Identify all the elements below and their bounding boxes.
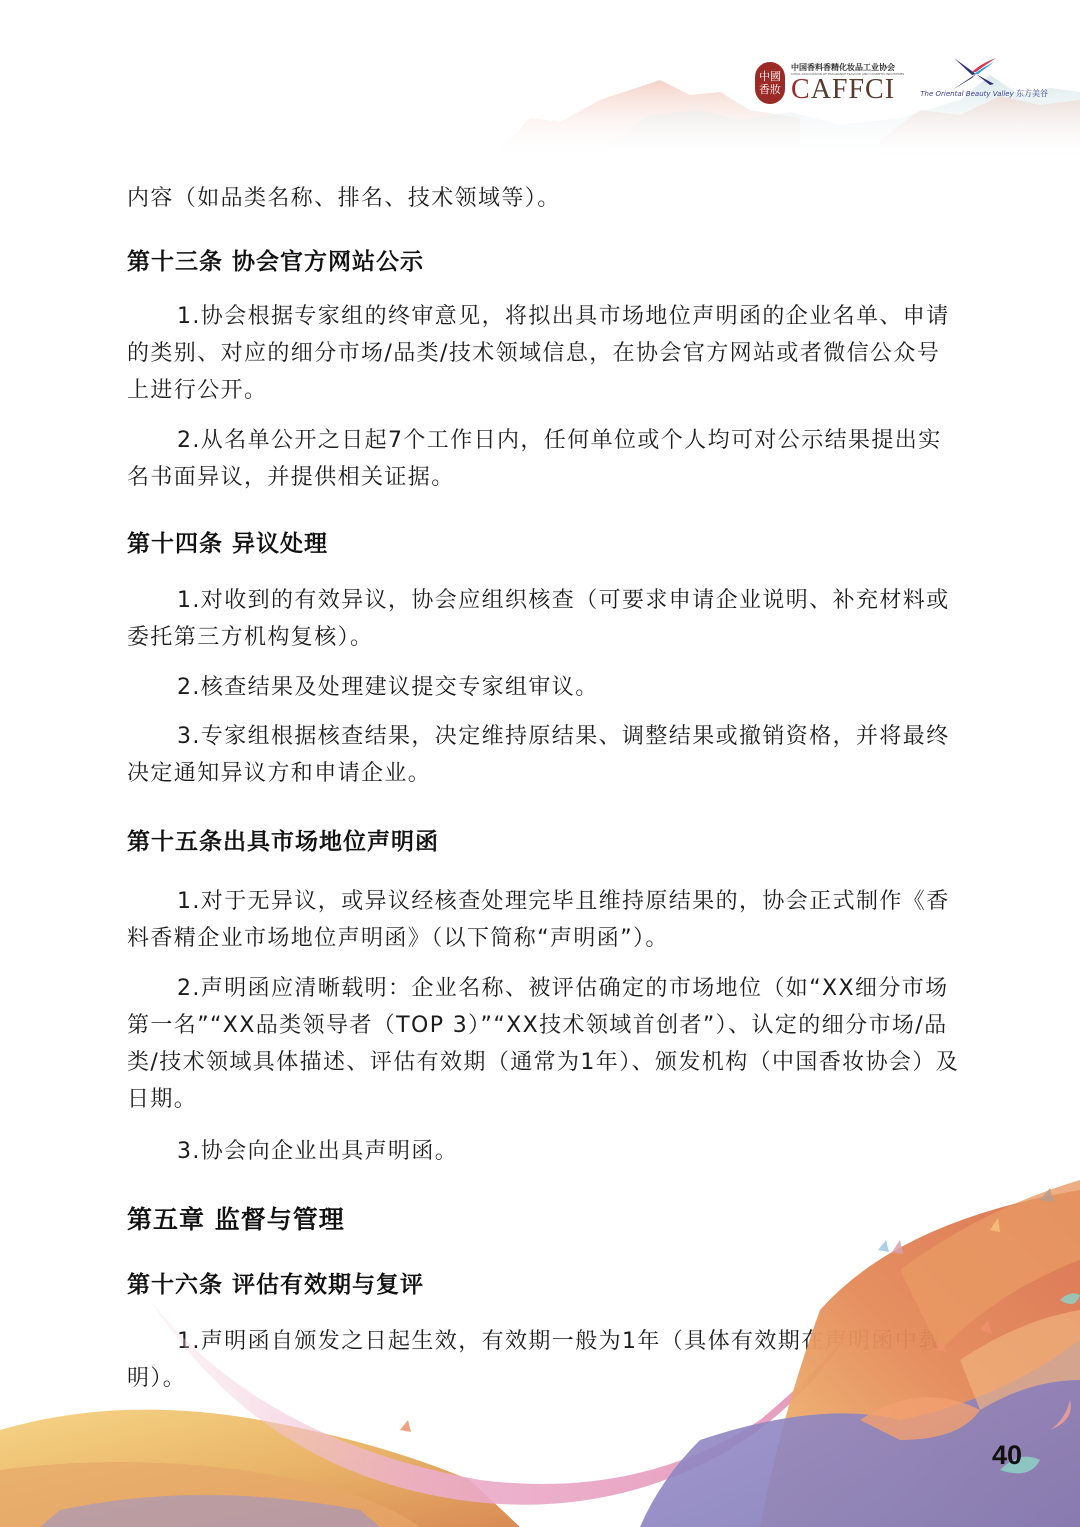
intro-paragraph: 内容（如品类名称、排名、技术领域等）。 [127, 180, 962, 217]
article-15-heading: 第十五条出具市场地位声明函 [127, 827, 439, 857]
partner-name: The Oriental Beauty Valley 东方美谷 [920, 88, 1048, 99]
header-decoration: 中國香妝 中国香料香精化妆品工业协会 CHINA ASSOCIATION OF … [0, 0, 1080, 160]
oriental-beauty-valley-logo: The Oriental Beauty Valley 东方美谷 [920, 58, 1035, 108]
article-15-item-3: 3.协会向企业出具声明函。 [127, 1133, 962, 1170]
article-13-item-1: 1.协会根据专家组的终审意见，将拟出具市场地位声明函的企业名单、申请的类别、对应… [127, 298, 962, 409]
beauty-valley-x-icon [950, 56, 1000, 90]
association-abbr: CAFFCI [791, 76, 904, 104]
article-14-heading: 第十四条 异议处理 [127, 529, 328, 559]
article-15-item-2: 2.声明函应清晰载明：企业名称、被评估确定的市场地位（如“XX细分市场第一名”“… [127, 970, 962, 1118]
brush-stroke-illustration [0, 1180, 1080, 1527]
caffci-seal-logo: 中國香妝 [755, 62, 785, 104]
article-13-heading: 第十三条 协会官方网站公示 [127, 247, 424, 277]
article-15-item-1: 1.对于无异议，或异议经核查处理完毕且维持原结果的，协会正式制作《香料香精企业市… [127, 883, 962, 957]
article-14-item-2: 2.核查结果及处理建议提交专家组审议。 [127, 669, 962, 706]
article-14-item-3: 3.专家组根据核查结果，决定维持原结果、调整结果或撤销资格，并将最终决定通知异议… [127, 718, 962, 792]
article-14-item-1: 1.对收到的有效异议，协会应组织核查（可要求申请企业说明、补充材料或委托第三方机… [127, 582, 962, 656]
header-logos: 中國香妝 中国香料香精化妆品工业协会 CHINA ASSOCIATION OF … [755, 58, 1035, 108]
page-number: 40 [992, 1440, 1022, 1471]
footer-decoration [0, 1180, 1080, 1527]
article-13-item-2: 2.从名单公开之日起7个工作日内，任何单位或个人均可对公示结果提出实名书面异议，… [127, 422, 962, 496]
caffci-logo: 中国香料香精化妆品工业协会 CHINA ASSOCIATION OF FRAGR… [791, 62, 904, 104]
association-name-cn: 中国香料香精化妆品工业协会 [791, 62, 904, 72]
